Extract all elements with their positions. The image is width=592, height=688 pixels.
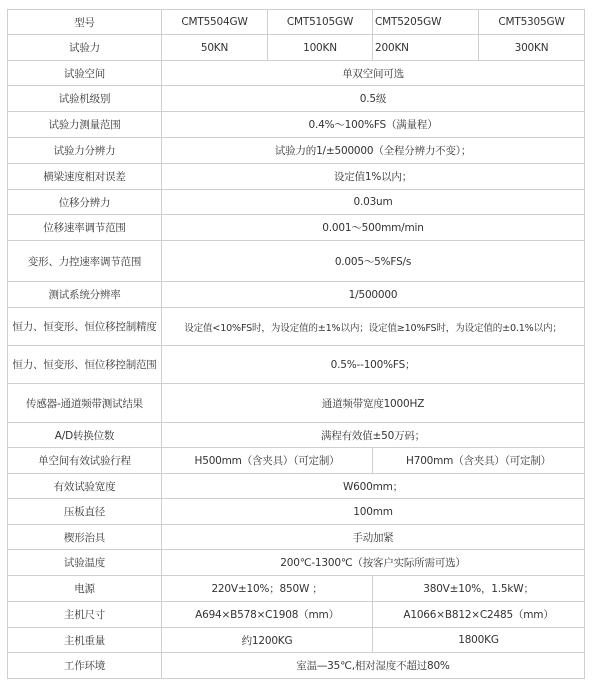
stroke-value-small: H500mm（含夹具）（可定制）	[162, 448, 373, 474]
row-test-force: 试验力 50KN 100KN 200KN 300KN	[8, 35, 585, 61]
row-wedge-fixture: 楔形治具 手动加紧	[8, 525, 585, 550]
row-test-temperature: 试验温度 200℃-1300℃（按客户实际所需可选）	[8, 550, 585, 576]
row-force-range: 试验力测量范围 0.4%～100%FS（满量程）	[8, 112, 585, 138]
row-control-range: 恒力、恒变形、恒位移控制范围 0.5%--100%FS；	[8, 346, 585, 384]
platen-diameter-label: 压板直径	[8, 499, 162, 525]
sensor-bandwidth-label: 传感器-通道频带测试结果	[8, 384, 162, 423]
test-force-label: 试验力	[8, 35, 162, 61]
stroke-value-large: H700mm（含夹具）（可定制）	[373, 448, 585, 474]
spec-table: 型号 CMT5504GW CMT5105GW CMT5205GW CMT5305…	[7, 9, 585, 679]
test-temperature-label: 试验温度	[8, 550, 162, 576]
row-control-precision: 恒力、恒变形、恒位移控制精度 设定值<10%FS时，为设定值的±1%以内；设定值…	[8, 308, 585, 346]
test-width-label: 有效试验宽度	[8, 474, 162, 499]
force-resolution-label: 试验力分辨力	[8, 138, 162, 164]
row-dimensions: 主机尺寸 A694×B578×C1908（mm） A1066×B812×C248…	[8, 602, 585, 628]
wedge-fixture-label: 楔形治具	[8, 525, 162, 550]
dimensions-value-large: A1066×B812×C2485（mm）	[373, 602, 585, 628]
weight-value-small: 约1200KG	[162, 628, 373, 653]
test-temperature-value: 200℃-1300℃（按客户实际所需可选）	[162, 550, 585, 576]
row-environment: 工作环境 室温—35℃,相对湿度不超过80%	[8, 653, 585, 679]
deform-force-rate-range-label: 变形、力控速率调节范围	[8, 241, 162, 282]
environment-value: 室温—35℃,相对湿度不超过80%	[162, 653, 585, 679]
displacement-resolution-value: 0.03um	[162, 190, 585, 215]
test-force-200kn: 200KN	[373, 35, 479, 61]
force-resolution-value: 试验力的1/±500000（全程分辨力不变）；	[162, 138, 585, 164]
control-precision-value: 设定值<10%FS时，为设定值的±1%以内；设定值≥10%FS时，为设定值的±0…	[162, 308, 585, 346]
row-test-width: 有效试验宽度 W600mm；	[8, 474, 585, 499]
test-force-100kn: 100KN	[268, 35, 373, 61]
row-beam-speed-error: 横梁速度相对误差 设定值1%以内；	[8, 164, 585, 190]
force-range-value: 0.4%～100%FS（满量程）	[162, 112, 585, 138]
wedge-fixture-value: 手动加紧	[162, 525, 585, 550]
power-value-large: 380V±10%，1.5kW；	[373, 576, 585, 602]
test-space-label: 试验空间	[8, 61, 162, 86]
test-width-value: W600mm；	[162, 474, 585, 499]
environment-label: 工作环境	[8, 653, 162, 679]
test-force-300kn: 300KN	[479, 35, 585, 61]
row-test-space: 试验空间 单双空间可选	[8, 61, 585, 86]
dimensions-value-small: A694×B578×C1908（mm）	[162, 602, 373, 628]
ad-bits-value: 满程有效值±50万码；	[162, 423, 585, 448]
row-sensor-bandwidth: 传感器-通道频带测试结果 通道频带宽度1000HZ	[8, 384, 585, 423]
model-cmt5205gw: CMT5205GW	[373, 10, 479, 35]
row-ad-bits: A/D转换位数 满程有效值±50万码；	[8, 423, 585, 448]
ad-bits-label: A/D转换位数	[8, 423, 162, 448]
control-range-value: 0.5%--100%FS；	[162, 346, 585, 384]
machine-grade-value: 0.5级	[162, 86, 585, 112]
control-range-label: 恒力、恒变形、恒位移控制范围	[8, 346, 162, 384]
beam-speed-error-label: 横梁速度相对误差	[8, 164, 162, 190]
sensor-bandwidth-value: 通道频带宽度1000HZ	[162, 384, 585, 423]
weight-value-large: 1800KG	[373, 628, 585, 653]
row-model: 型号 CMT5504GW CMT5105GW CMT5205GW CMT5305…	[8, 10, 585, 35]
row-displacement-speed-range: 位移速率调节范围 0.001～500mm/min	[8, 215, 585, 241]
stroke-label: 单空间有效试验行程	[8, 448, 162, 474]
test-space-value: 单双空间可选	[162, 61, 585, 86]
test-force-50kn: 50KN	[162, 35, 268, 61]
beam-speed-error-value: 设定值1%以内；	[162, 164, 585, 190]
deform-force-rate-range-value: 0.005～5%FS/s	[162, 241, 585, 282]
displacement-resolution-label: 位移分辨力	[8, 190, 162, 215]
row-weight: 主机重量 约1200KG 1800KG	[8, 628, 585, 653]
system-resolution-value: 1/500000	[162, 282, 585, 308]
row-displacement-resolution: 位移分辨力 0.03um	[8, 190, 585, 215]
row-machine-grade: 试验机级别 0.5级	[8, 86, 585, 112]
displacement-speed-range-label: 位移速率调节范围	[8, 215, 162, 241]
platen-diameter-value: 100mm	[162, 499, 585, 525]
row-system-resolution: 测试系统分辨率 1/500000	[8, 282, 585, 308]
displacement-speed-range-value: 0.001～500mm/min	[162, 215, 585, 241]
row-power: 电源 220V±10%；850W ； 380V±10%，1.5kW；	[8, 576, 585, 602]
row-platen-diameter: 压板直径 100mm	[8, 499, 585, 525]
model-cmt5305gw: CMT5305GW	[479, 10, 585, 35]
system-resolution-label: 测试系统分辨率	[8, 282, 162, 308]
control-precision-label: 恒力、恒变形、恒位移控制精度	[8, 308, 162, 346]
power-value-small: 220V±10%；850W ；	[162, 576, 373, 602]
model-cmt5105gw: CMT5105GW	[268, 10, 373, 35]
row-stroke: 单空间有效试验行程 H500mm（含夹具）（可定制） H700mm（含夹具）（可…	[8, 448, 585, 474]
row-deform-force-rate-range: 变形、力控速率调节范围 0.005～5%FS/s	[8, 241, 585, 282]
weight-label: 主机重量	[8, 628, 162, 653]
dimensions-label: 主机尺寸	[8, 602, 162, 628]
power-label: 电源	[8, 576, 162, 602]
model-label: 型号	[8, 10, 162, 35]
machine-grade-label: 试验机级别	[8, 86, 162, 112]
model-cmt5504gw: CMT5504GW	[162, 10, 268, 35]
row-force-resolution: 试验力分辨力 试验力的1/±500000（全程分辨力不变）；	[8, 138, 585, 164]
force-range-label: 试验力测量范围	[8, 112, 162, 138]
